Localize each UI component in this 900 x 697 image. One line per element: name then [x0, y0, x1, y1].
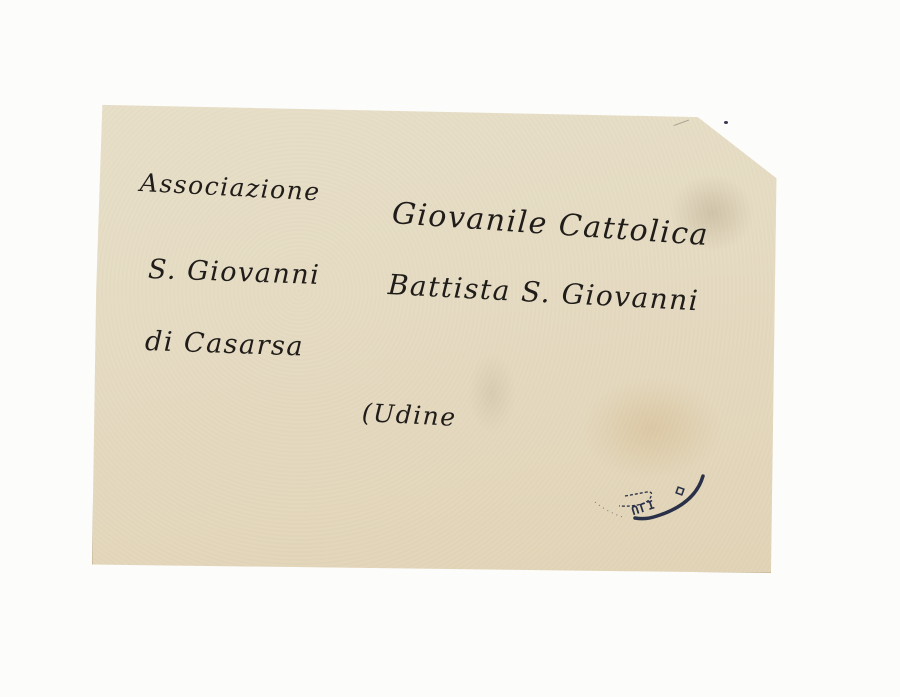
address-line-2-word-1: S. Giovanni [147, 254, 320, 291]
postmark-stamp: ULI [585, 470, 715, 530]
ink-spot [724, 121, 728, 124]
address-line-3: di Casarsa [144, 326, 304, 363]
address-line-4-province: (Udine [361, 398, 457, 432]
